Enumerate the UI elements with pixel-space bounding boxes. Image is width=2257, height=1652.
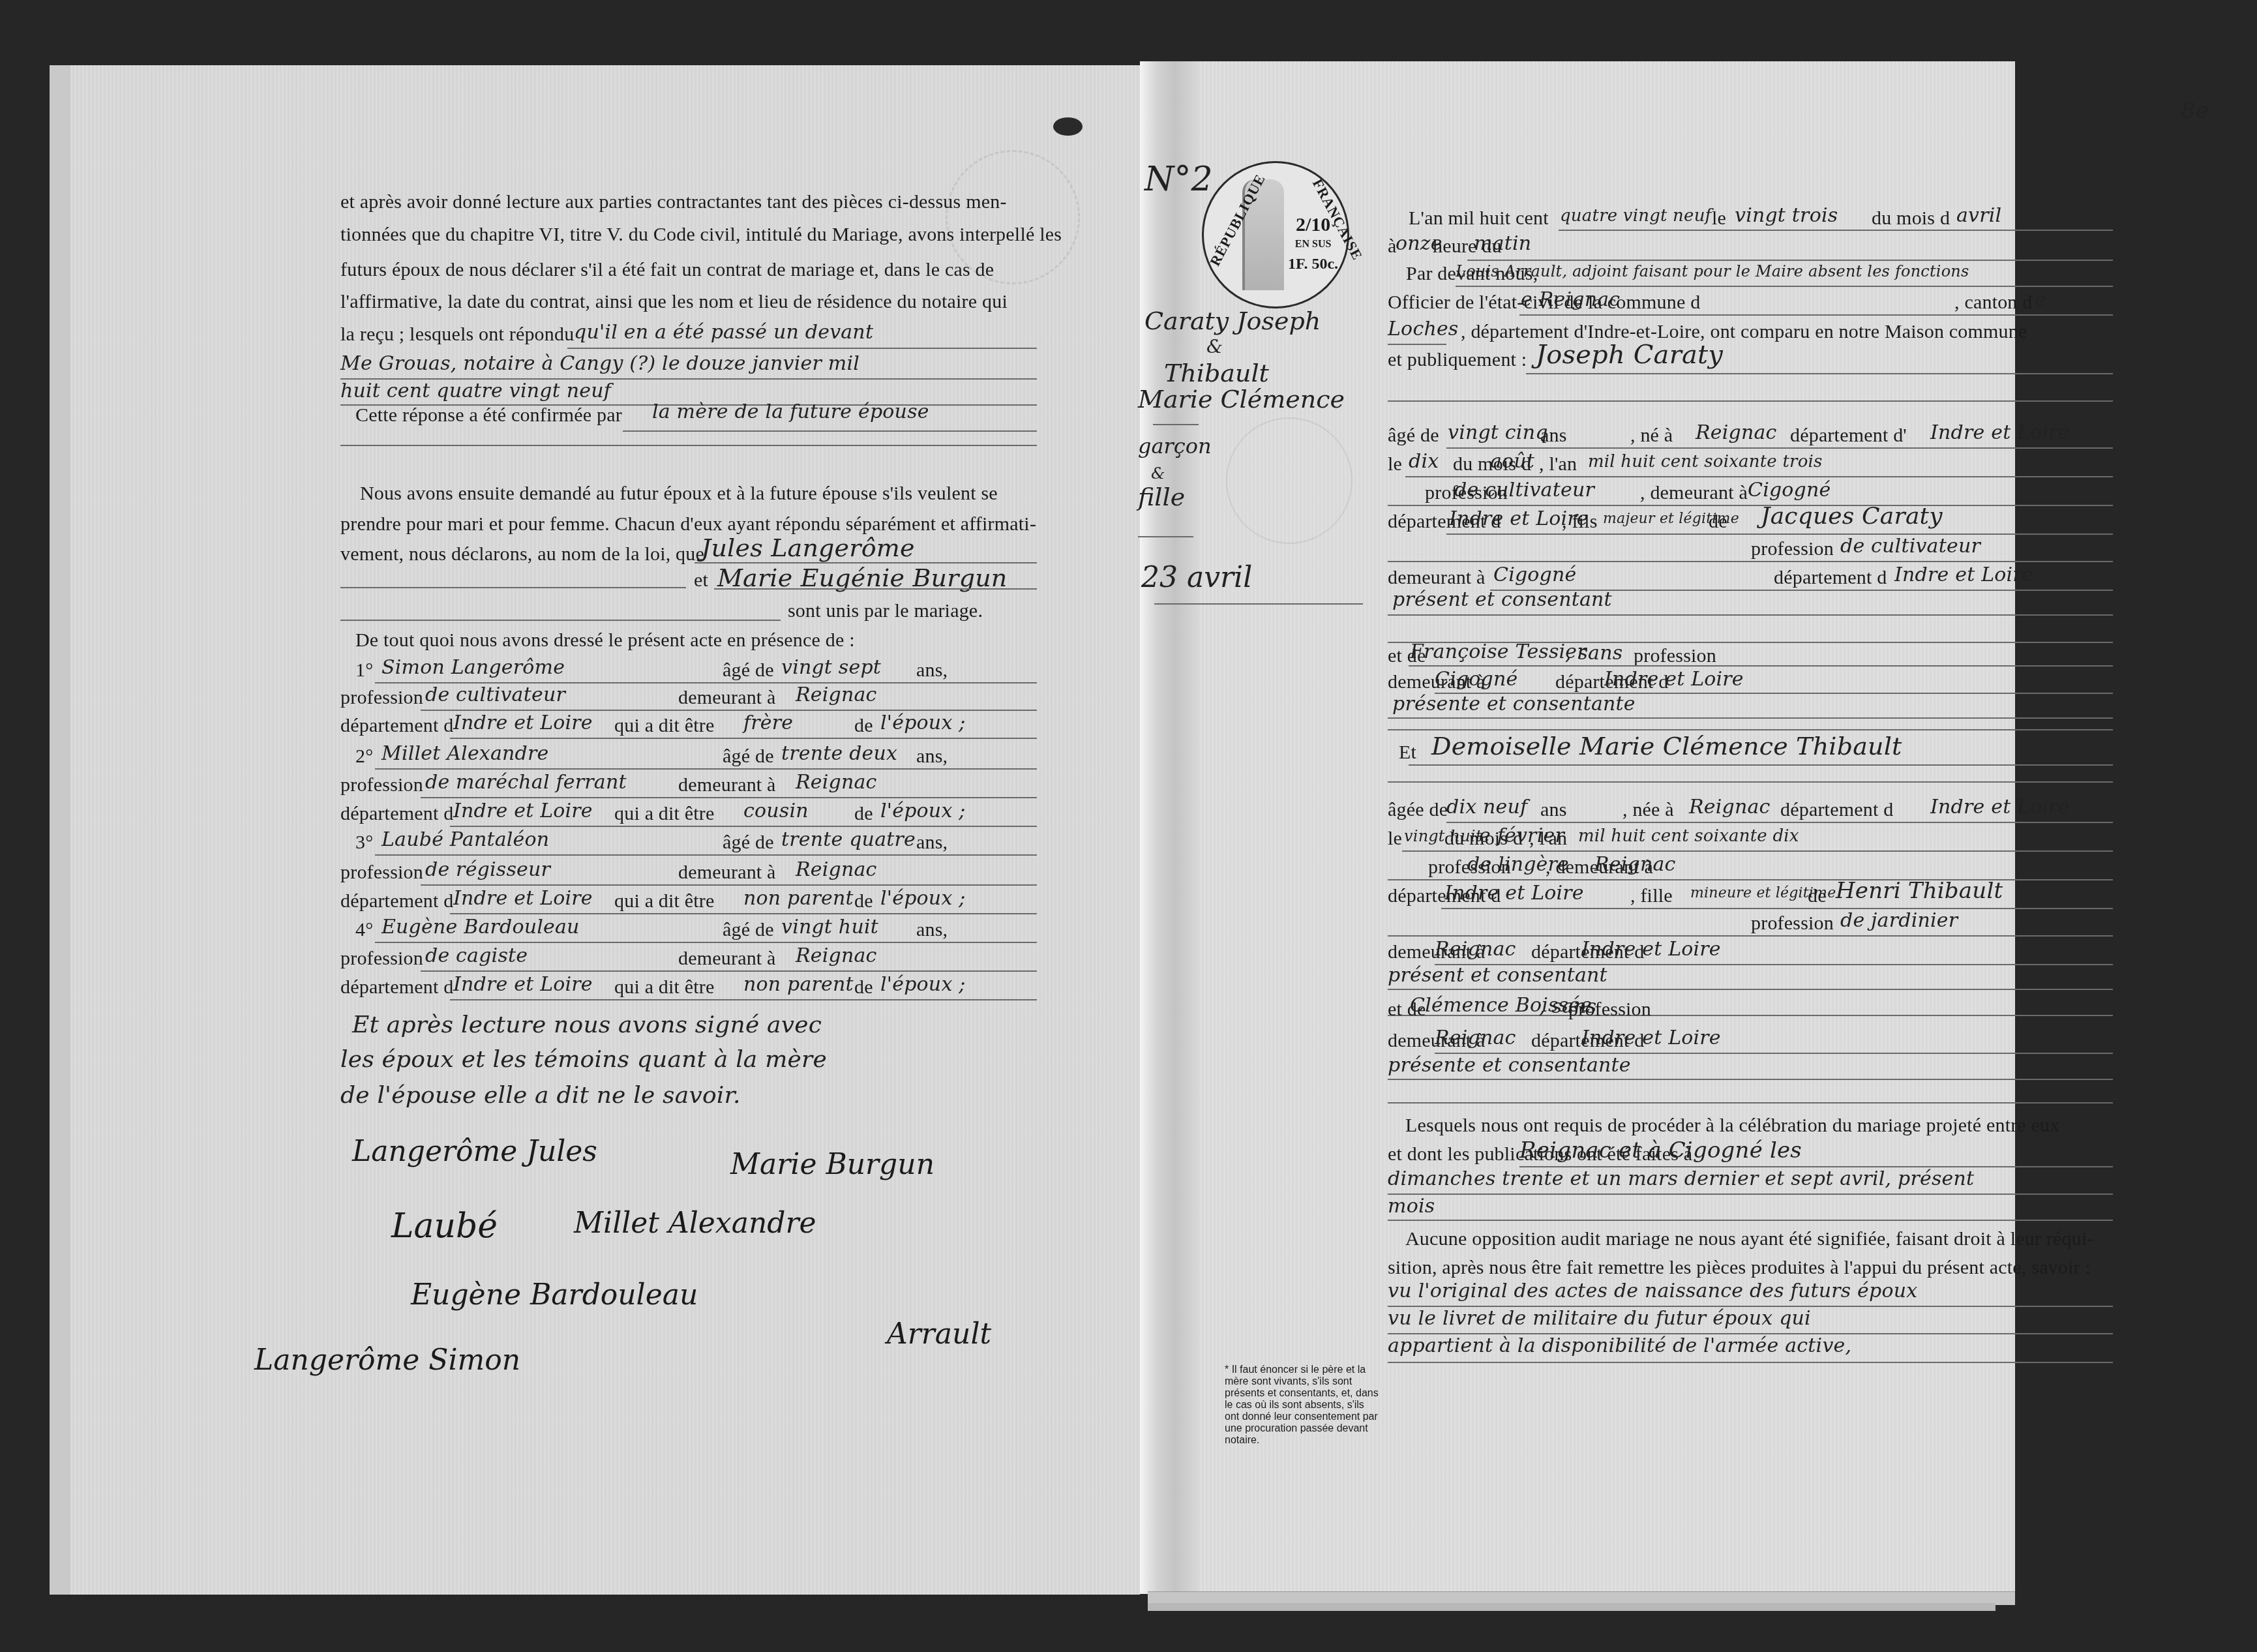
departement-label: département d bbox=[340, 713, 453, 739]
confirmed-label: Cette réponse a été confirmée par bbox=[355, 402, 622, 428]
intro-line-4: l'affirmative, la date du contrat, ainsi… bbox=[340, 289, 1008, 315]
witness-2-number: 2° bbox=[355, 743, 373, 770]
groom-mother-status: présente et consentante bbox=[1392, 691, 1636, 717]
contract-answer-3: huit cent quatre vingt neuf bbox=[340, 378, 611, 404]
union-line-2: prendre pour mari et pour femme. Chacun … bbox=[340, 511, 1036, 537]
groom-father: Jacques Caraty bbox=[1761, 503, 1943, 530]
intro-line-3: futurs époux de nous déclarer s'il a été… bbox=[340, 257, 994, 283]
demeurant-label: demeurant à bbox=[678, 685, 776, 711]
groom-age-label: âgé de bbox=[1388, 423, 1439, 449]
intro-line-5: la reçu ; lesquels ont répondu bbox=[340, 322, 574, 348]
rule bbox=[1388, 614, 2113, 616]
signature-officer-arrault: Arrault bbox=[887, 1317, 991, 1351]
rule bbox=[450, 738, 1037, 739]
groom-father-dept-label: département d bbox=[1774, 565, 1887, 591]
witness-1-relation: frère bbox=[743, 710, 793, 736]
dit-etre-label: qui a dit être bbox=[614, 801, 715, 827]
bride-father-profession: de jardinier bbox=[1840, 908, 1958, 934]
documents-line-2: vu le livret de militaire du futur époux… bbox=[1388, 1306, 1811, 1332]
rule bbox=[1526, 373, 2113, 374]
officer-name: Louis Arrault, adjoint faisant pour le M… bbox=[1456, 258, 1969, 284]
union-line-1: Nous avons ensuite demandé au futur épou… bbox=[360, 481, 998, 507]
age-label: âgé de bbox=[723, 917, 774, 943]
bride-mother-status: présente et consentante bbox=[1388, 1053, 1631, 1079]
age-label: âgé de bbox=[723, 743, 774, 770]
rule bbox=[1519, 314, 2113, 316]
bride-dept2: Indre et Loire bbox=[1444, 880, 1584, 907]
le-label: le bbox=[1712, 205, 1726, 232]
groom-ans: ans bbox=[1540, 423, 1567, 449]
rule bbox=[1388, 1194, 2113, 1195]
groom-father-profession: de cultivateur bbox=[1840, 533, 1980, 560]
profession-label: profession bbox=[340, 685, 423, 711]
publications-dates: dimanches trente et un mars dernier et s… bbox=[1388, 1166, 1974, 1192]
witness-1-residence: Reignac bbox=[796, 682, 877, 708]
groom-full-name: Joseph Caraty bbox=[1536, 342, 1723, 368]
witness-4-age: vingt huit bbox=[781, 914, 878, 940]
publications-places: Reignac et à Cigogné les bbox=[1519, 1137, 1802, 1164]
rule bbox=[623, 430, 1037, 432]
witness-1-age: vingt sept bbox=[781, 655, 881, 681]
book-gutter bbox=[1140, 61, 1199, 1594]
rule bbox=[1388, 1220, 2113, 1221]
ans-label: ans, bbox=[916, 917, 948, 943]
bride-age: dix neuf bbox=[1446, 794, 1527, 820]
demeurant-label: demeurant à bbox=[678, 946, 776, 972]
margin-ampersand: & bbox=[1206, 336, 1223, 357]
bride-mother-dept: Indre et Loire bbox=[1581, 1025, 1721, 1051]
witness-3-age: trente quatre bbox=[781, 827, 916, 853]
margin-ampersand-2: & bbox=[1151, 464, 1165, 483]
rule bbox=[1388, 344, 1446, 345]
groom-de: de bbox=[1709, 509, 1727, 535]
witness-3-relation: non parent bbox=[743, 886, 854, 912]
rule bbox=[1388, 781, 2113, 783]
profession-label: profession bbox=[340, 860, 423, 886]
de-label: de bbox=[854, 713, 873, 739]
witness-2-department: Indre et Loire bbox=[453, 798, 593, 824]
commune-value: e Reignac bbox=[1521, 287, 1620, 313]
documents-line-1: vu l'original des actes de naissance des… bbox=[1388, 1278, 1917, 1304]
witness-3-relation-suffix: l'époux ; bbox=[880, 886, 966, 912]
united-label: sont unis par le mariage. bbox=[788, 598, 983, 624]
month-value: avril bbox=[1956, 203, 2001, 229]
groom-father-residence: Cigogné bbox=[1493, 562, 1577, 588]
dit-etre-label: qui a dit être bbox=[614, 888, 715, 914]
ans-label: ans, bbox=[916, 830, 948, 856]
documents-line-3: appartient à la disponibilité de l'armée… bbox=[1388, 1333, 1851, 1359]
closing-line-1: Et après lecture nous avons signé avec bbox=[352, 1012, 822, 1038]
witness-3-profession: de régisseur bbox=[425, 857, 550, 883]
closing-line-3: de l'épouse elle a dit ne le savoir. bbox=[340, 1083, 741, 1109]
age-label: âgé de bbox=[723, 657, 774, 683]
witness-1-number: 1° bbox=[355, 657, 373, 683]
margin-bride-surname: Thibault bbox=[1164, 359, 1269, 387]
groom-le: le bbox=[1388, 451, 1402, 477]
margin-date: 23 avril bbox=[1141, 561, 1252, 594]
open-register-book: et après avoir donné lecture aux parties… bbox=[0, 0, 2257, 1652]
bride-year-label: , l'an bbox=[1529, 826, 1567, 852]
witness-4-residence: Reignac bbox=[796, 943, 877, 969]
bride-de: de bbox=[1808, 883, 1827, 909]
groom-birth-year: mil huit cent soixante trois bbox=[1588, 449, 1823, 475]
contract-answer-2: Me Grouas, notaire à Cangy (?) le douze … bbox=[340, 351, 859, 377]
signature-groom: Langerôme Jules bbox=[352, 1135, 597, 1168]
union-line-3: vement, nous déclarons, au nom de la loi… bbox=[340, 541, 704, 567]
bride-le: le bbox=[1388, 826, 1402, 852]
folio-number: 8e bbox=[2181, 98, 2209, 124]
year-label: L'an mil huit cent bbox=[1409, 205, 1549, 232]
canton-value: Loches bbox=[1388, 316, 1458, 342]
bride-father-status: présent et consentant bbox=[1388, 963, 1607, 989]
bride-age-label: âgée de bbox=[1388, 797, 1448, 823]
rule bbox=[450, 999, 1037, 1000]
rule bbox=[714, 588, 1037, 590]
rule bbox=[1153, 424, 1199, 425]
publications-line-1: Lesquels nous ont requis de procéder à l… bbox=[1405, 1113, 2060, 1139]
witness-4-department: Indre et Loire bbox=[453, 972, 593, 998]
groom-mother: Françoise Tessier bbox=[1410, 639, 1587, 665]
rule bbox=[1446, 533, 2113, 535]
departement-label: département d bbox=[340, 974, 453, 1000]
bride-ans: ans bbox=[1540, 797, 1567, 823]
rule bbox=[1138, 536, 1193, 537]
groom-dept-label: département d' bbox=[1790, 423, 1907, 449]
groom-mother-dept: Indre et Loire bbox=[1604, 667, 1744, 693]
de-label: de bbox=[854, 888, 873, 914]
witness-4-number: 4° bbox=[355, 917, 373, 943]
rule bbox=[1388, 1362, 2113, 1363]
canton-label: , canton d bbox=[1954, 290, 2032, 316]
bride-born-label: , née à bbox=[1622, 797, 1674, 823]
groom-res-label: , demeurant à bbox=[1640, 480, 1748, 506]
rule bbox=[340, 587, 686, 588]
faint-seal-margin bbox=[1226, 417, 1353, 544]
bride-mother-residence: Reignac bbox=[1435, 1025, 1516, 1051]
stamp-denomination: 1F. 50c. bbox=[1288, 254, 1338, 274]
bride-daughter-label: , fille bbox=[1630, 883, 1673, 909]
intro-line-1: et après avoir donné lecture aux parties… bbox=[340, 189, 1007, 215]
groom-father-prof-label: profession bbox=[1751, 536, 1834, 562]
groom-birth-day: dix bbox=[1409, 449, 1439, 475]
bride-father: Henri Thibault bbox=[1836, 878, 2003, 904]
groom-born-label: , né à bbox=[1630, 423, 1673, 449]
printed-footnote: * Il faut énoncer si le père et la mère … bbox=[1225, 1364, 1381, 1447]
rule bbox=[1388, 1079, 2113, 1080]
groom-birth-dept: Indre et Loire bbox=[1930, 420, 2070, 446]
signature-witness-bardouleau: Eugène Bardouleau bbox=[411, 1278, 698, 1312]
witness-1-profession: de cultivateur bbox=[425, 682, 565, 708]
rule bbox=[1409, 764, 2113, 766]
opposition-line-1: Aucune opposition audit mariage ne nous … bbox=[1405, 1226, 2094, 1252]
witnesses-intro: De tout quoi nous avons dressé le présen… bbox=[355, 627, 855, 653]
margin-garcon: garçon bbox=[1138, 434, 1212, 458]
groom-father-status: présent et consentant bbox=[1392, 587, 1612, 613]
publiquement-label: et publiquement : bbox=[1388, 347, 1527, 373]
rule bbox=[567, 348, 1037, 349]
groom-name: Jules Langerôme bbox=[701, 535, 915, 561]
time-of-day: matin bbox=[1474, 231, 1531, 257]
witness-3-department: Indre et Loire bbox=[453, 886, 593, 912]
witness-3-number: 3° bbox=[355, 830, 373, 856]
stamp-fraction: 2/10 bbox=[1288, 215, 1338, 235]
groom-year-label: , l'an bbox=[1539, 451, 1577, 477]
witness-2-name: Millet Alexandre bbox=[381, 741, 549, 767]
rule bbox=[1441, 908, 2113, 909]
witness-2-residence: Reignac bbox=[796, 770, 877, 796]
dit-etre-label: qui a dit être bbox=[614, 974, 715, 1000]
witness-2-profession: de maréchal ferrant bbox=[425, 770, 627, 796]
bride-birth-year: mil huit cent soixante dix bbox=[1578, 823, 1799, 849]
bride-father-dept: Indre et Loire bbox=[1581, 937, 1721, 963]
ans-label: ans, bbox=[916, 743, 948, 770]
witness-1-name: Simon Langerôme bbox=[381, 655, 565, 681]
age-label: âgé de bbox=[723, 830, 774, 856]
confirmed-by: la mère de la future épouse bbox=[652, 399, 929, 425]
margin-groom: Caraty Joseph bbox=[1144, 307, 1321, 335]
witness-4-relation: non parent bbox=[743, 972, 854, 998]
rule bbox=[1154, 603, 1363, 605]
witness-4-relation-suffix: l'époux ; bbox=[880, 972, 966, 998]
bride-father-prof-label: profession bbox=[1751, 910, 1834, 937]
signature-witness-simon: Langerôme Simon bbox=[254, 1344, 520, 1377]
ans-label: ans, bbox=[916, 657, 948, 683]
profession-label: profession bbox=[340, 772, 423, 798]
margin-bride-given: Marie Clémence bbox=[1138, 385, 1345, 413]
departement-label: département d bbox=[340, 888, 453, 914]
witness-4-profession: de cagiste bbox=[425, 943, 528, 969]
bride-et-label: Et bbox=[1399, 740, 1416, 766]
departement-label: département d bbox=[340, 801, 453, 827]
et-label: et bbox=[694, 567, 708, 593]
bride-mother-prof-label: profession bbox=[1568, 997, 1651, 1023]
stamp-value-block: 2/10 EN SUS 1F. 50c. bbox=[1288, 215, 1338, 274]
closing-line-2: les époux et les témoins quant à la mère bbox=[340, 1047, 827, 1073]
bride-residence: Reignac bbox=[1594, 852, 1676, 878]
year-value: quatre vingt neuf bbox=[1560, 203, 1711, 229]
opposition-line-2: sition, après nous être fait remettre le… bbox=[1388, 1255, 2091, 1281]
rule bbox=[1559, 230, 2113, 231]
groom-mother-residence: Cigogné bbox=[1435, 667, 1518, 693]
witness-4-name: Eugène Bardouleau bbox=[381, 914, 580, 940]
register-number: N°2 bbox=[1144, 160, 1213, 199]
groom-mother-sans: , sans bbox=[1565, 640, 1622, 667]
signature-witness-laube: Laubé bbox=[391, 1207, 498, 1246]
bride-father-residence: Reignac bbox=[1435, 937, 1516, 963]
groom-son-label: , fils bbox=[1562, 509, 1598, 535]
rule bbox=[1388, 1102, 2113, 1104]
witness-1-department: Indre et Loire bbox=[453, 710, 593, 736]
margin-fille: fille bbox=[1138, 483, 1185, 511]
bride-birthplace: Reignac bbox=[1689, 794, 1771, 820]
signature-witness-millet: Millet Alexandre bbox=[574, 1207, 816, 1240]
bride-birth-dept: Indre et Loire bbox=[1930, 794, 2070, 820]
demeurant-label: demeurant à bbox=[678, 772, 776, 798]
bride-full-name: Demoiselle Marie Clémence Thibault bbox=[1431, 733, 1902, 759]
witness-2-relation-suffix: l'époux ; bbox=[880, 798, 966, 824]
ink-blot bbox=[1053, 117, 1083, 136]
rule bbox=[1388, 729, 2113, 730]
de-label: de bbox=[854, 801, 873, 827]
witness-3-residence: Reignac bbox=[796, 857, 877, 883]
de-label: de bbox=[854, 974, 873, 1000]
intro-line-2: tionnées que du chapitre VI, titre V. du… bbox=[340, 222, 1062, 248]
dit-etre-label: qui a dit être bbox=[614, 713, 715, 739]
bride-name: Marie Eugénie Burgun bbox=[717, 565, 1008, 591]
groom-father-dept: Indre et Loire bbox=[1894, 562, 2034, 588]
witness-1-relation-suffix: l'époux ; bbox=[880, 710, 966, 736]
witness-2-relation: cousin bbox=[743, 798, 809, 824]
rule bbox=[1388, 989, 2113, 990]
canton-suffix: e bbox=[2035, 287, 2046, 313]
publications-mois: mois bbox=[1388, 1194, 1435, 1220]
signature-bride: Marie Burgun bbox=[730, 1148, 934, 1181]
bride-dept-label: département d bbox=[1780, 797, 1893, 823]
rule bbox=[340, 445, 1037, 446]
groom-birthplace: Reignac bbox=[1696, 420, 1777, 446]
month-label: du mois d bbox=[1872, 205, 1950, 232]
rule bbox=[1388, 717, 2113, 719]
rule bbox=[1388, 400, 2113, 402]
groom-birth-month: août bbox=[1490, 449, 1534, 475]
demeurant-label: demeurant à bbox=[678, 860, 776, 886]
groom-profession: de cultivateur bbox=[1454, 477, 1594, 503]
rule bbox=[340, 620, 781, 621]
witness-3-name: Laubé Pantaléon bbox=[381, 827, 549, 853]
day-value: vingt trois bbox=[1735, 203, 1838, 229]
right-page-stack-edge-2 bbox=[1148, 1603, 1995, 1611]
witness-2-age: trente deux bbox=[781, 741, 897, 767]
contract-answer-1: qu'il en a été passé un devant bbox=[574, 320, 873, 346]
profession-label: profession bbox=[340, 946, 423, 972]
rule bbox=[375, 854, 1037, 856]
groom-residence: Cigogné bbox=[1748, 477, 1831, 503]
stamp-en-sus: EN SUS bbox=[1288, 235, 1338, 254]
groom-age: vingt cinq bbox=[1448, 420, 1548, 446]
